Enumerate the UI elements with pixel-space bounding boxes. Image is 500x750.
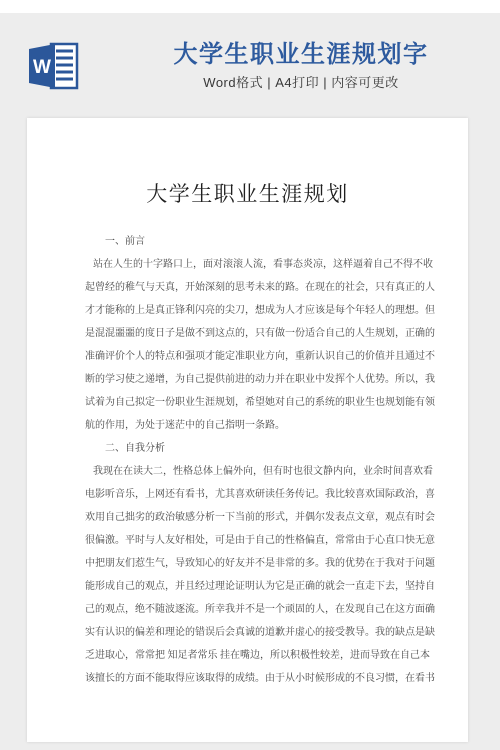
header: W 大学生职业生涯规划字 Word格式 | A4打印 | 内容可更改 [0, 13, 500, 118]
header-text-block: 大学生职业生涯规划字 Word格式 | A4打印 | 内容可更改 [80, 41, 500, 91]
text-line: 欢用自己拙劣的政治敏感分析一下当前的形式，并偶尔发表点文章，观点有时会 [85, 506, 428, 529]
template-subtitle: Word格式 | A4打印 | 内容可更改 [102, 75, 500, 91]
section-heading: 一、前言 [85, 230, 428, 253]
text-line: 该擅长的方面不能取得应该取得的成绩。由于从小时候形成的不良习惯，在看书 [85, 667, 428, 690]
text-line: 乏进取心，常常把 知足者常乐 挂在嘴边，所以积极性较差，进而导致在自己本 [85, 644, 428, 667]
text-line: 我现在在读大二，性格总体上偏外向，但有时也很文静内向，业余时间喜欢看 [85, 460, 428, 483]
section-heading: 二、自我分析 [85, 437, 428, 460]
document-page: 大学生职业生涯规划 一、前言站在人生的十字路口上，面对滚滚人流，看事态炎凉，这样… [27, 118, 468, 742]
text-line: 站在人生的十字路口上，面对滚滚人流，看事态炎凉，这样逼着自己不得不收 [85, 253, 428, 276]
word-icon: W [28, 42, 80, 90]
text-line: 能形成自己的观点，并且经过理论证明认为它是正确的就会一直走下去，坚持自 [85, 575, 428, 598]
text-line: 是混混噩噩的度日子是做不到这点的，只有做一份适合自己的人生规划，正确的 [85, 322, 428, 345]
text-line: 己的观点，绝不随波逐流。所幸我并不是一个顽固的人，在发现自己在这方面确 [85, 598, 428, 621]
template-title: 大学生职业生涯规划字 [102, 41, 500, 69]
text-line: 断的学习使之递增，为自己提供前进的动力并在职业中发挥个人优势。所以，我 [85, 368, 428, 391]
text-line: 航的作用，为处于迷茫中的自己指明一条路。 [85, 414, 428, 437]
text-line: 准确评价个人的特点和强项才能定准职业方向，重新认识自己的价值并且通过不 [85, 345, 428, 368]
text-line: 中把朋友们惹生气，导致知心的好友并不是非常的多。我的优势在于我对于问题 [85, 552, 428, 575]
text-line: 很偏激。平时与人友好相处，可是由于自己的性格偏直，常常由于心直口快无意 [85, 529, 428, 552]
text-line: 起曾经的稚气与天真，开始深刻的思考未来的路。在现在的社会，只有真正的人 [85, 276, 428, 299]
text-line: 才才能称的上是真正锋利闪亮的尖刀，想成为人才应该是每个年轻人的理想。但 [85, 299, 428, 322]
text-line: 实有认识的偏差和理论的错误后会真诚的道歉并虚心的接受教导。我的缺点是缺 [85, 621, 428, 644]
word-icon-letter: W [33, 57, 51, 78]
text-line: 试着为自己拟定一份职业生涯规划，希望她对自己的系统的职业生也规划能有领 [85, 391, 428, 414]
text-line: 电影听音乐，上网还有看书，尤其喜欢研读任务传记。我比较喜欢国际政治，喜 [85, 483, 428, 506]
top-strip [0, 0, 500, 13]
document-title: 大学生职业生涯规划 [27, 180, 468, 208]
document-body: 一、前言站在人生的十字路口上，面对滚滚人流，看事态炎凉，这样逼着自己不得不收起曾… [27, 230, 468, 690]
